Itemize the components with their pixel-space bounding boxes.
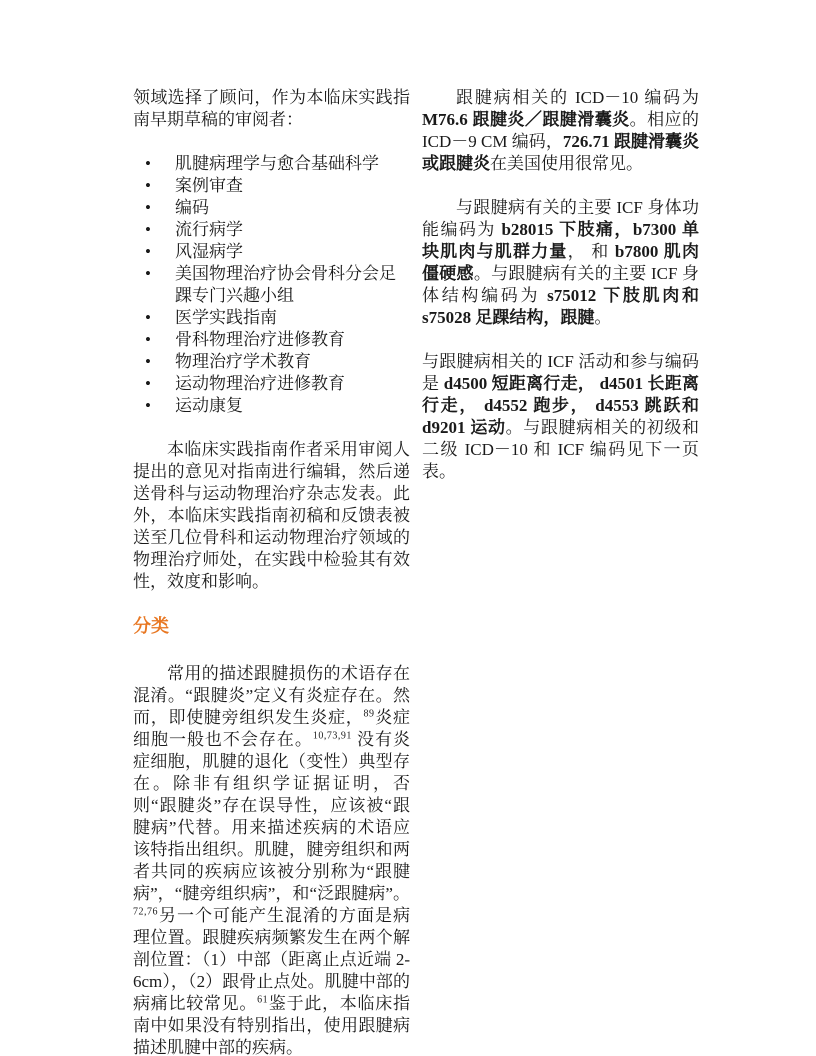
two-column-layout: 领域选择了顾问，作为本临床实践指南早期草稿的审阅者： •肌腱病理学与愈合基础科学… (133, 87, 699, 1056)
list-item: •风湿病学 (133, 241, 410, 263)
text-run: 在美国使用很常见。 (490, 154, 643, 173)
bullet-icon: • (145, 263, 151, 285)
right-column: 跟腱病相关的 ICD－10 编码为 M76.6 跟腱炎／跟腱滑囊炎。相应的 IC… (422, 87, 699, 1056)
reviewer-areas-list: •肌腱病理学与愈合基础科学 •案例审查 •编码 •流行病学 •风湿病学 •美国物… (133, 153, 410, 417)
superscript-citation: 61 (257, 994, 268, 1005)
list-item-label: 肌腱病理学与愈合基础科学 (175, 154, 379, 173)
review-process-paragraph: 本临床实践指南作者采用审阅人提出的意见对指南进行编辑，然后递送骨科与运动物理治疗… (133, 439, 410, 593)
list-item: •医学实践指南 (133, 307, 410, 329)
list-item: •骨科物理治疗进修教育 (133, 329, 410, 351)
bullet-icon: • (145, 395, 151, 417)
list-item: •肌腱病理学与愈合基础科学 (133, 153, 410, 175)
left-column: 领域选择了顾问，作为本临床实践指南早期草稿的审阅者： •肌腱病理学与愈合基础科学… (133, 87, 410, 1056)
superscript-citation: 72,76 (133, 906, 158, 917)
bullet-icon: • (145, 219, 151, 241)
bullet-icon: • (145, 351, 151, 373)
icf-activity-paragraph: 与跟腱病相关的 ICF 活动和参与编码是 d4500 短距离行走， d4501 … (422, 351, 699, 483)
list-item-label: 编码 (175, 198, 209, 217)
icf-body-function-paragraph: 与跟腱病有关的主要 ICF 身体功能编码为 b28015 下肢痛，b7300 单… (422, 197, 699, 329)
list-item-label: 骨科物理治疗进修教育 (175, 330, 345, 349)
list-item-label: 医学实践指南 (175, 308, 277, 327)
text-run: 。 (594, 308, 611, 327)
list-item-label: 运动康复 (175, 396, 243, 415)
list-item-label: 案例审查 (175, 176, 243, 195)
bullet-icon: • (145, 197, 151, 219)
icd-codes-paragraph: 跟腱病相关的 ICD－10 编码为 M76.6 跟腱炎／跟腱滑囊炎。相应的 IC… (422, 87, 699, 175)
text-run: 跟腱病相关的 ICD－10 编码为 (456, 88, 699, 107)
intro-paragraph: 领域选择了顾问，作为本临床实践指南早期草稿的审阅者： (133, 87, 410, 131)
list-item-label: 美国物理治疗协会骨科分会足踝专门兴趣小组 (175, 264, 396, 305)
text-run: 没有炎症细胞，肌腱的退化（变性）典型存在。除非有组织学证据证明，否则“跟腱炎”存… (133, 730, 410, 903)
list-item-label: 运动物理治疗进修教育 (175, 374, 345, 393)
list-item-label: 风湿病学 (175, 242, 243, 261)
bullet-icon: • (145, 307, 151, 329)
list-item: •编码 (133, 197, 410, 219)
list-item: •流行病学 (133, 219, 410, 241)
bullet-icon: • (145, 175, 151, 197)
list-item: •美国物理治疗协会骨科分会足踝专门兴趣小组 (133, 263, 410, 307)
text-run: ， 和 (568, 242, 615, 261)
bullet-icon: • (145, 153, 151, 175)
superscript-citation: 89 (364, 708, 375, 719)
icd10-code-bold: M76.6 跟腱炎／跟腱滑囊炎 (422, 110, 630, 129)
list-item: •物理治疗学术教育 (133, 351, 410, 373)
bullet-icon: • (145, 241, 151, 263)
document-page: 领域选择了顾问，作为本临床实践指南早期草稿的审阅者： •肌腱病理学与愈合基础科学… (0, 0, 816, 1056)
bullet-icon: • (145, 329, 151, 351)
section-heading-classification: 分类 (133, 615, 410, 637)
list-item-label: 流行病学 (175, 220, 243, 239)
classification-paragraph: 常用的描述跟腱损伤的术语存在混淆。“跟腱炎”定义有炎症存在。然而，即使腱旁组织发… (133, 663, 410, 1056)
list-item: •运动康复 (133, 395, 410, 417)
bullet-icon: • (145, 373, 151, 395)
list-item: •案例审查 (133, 175, 410, 197)
superscript-citation: 10,73,91 (313, 730, 352, 741)
list-item-label: 物理治疗学术教育 (175, 352, 311, 371)
list-item: •运动物理治疗进修教育 (133, 373, 410, 395)
